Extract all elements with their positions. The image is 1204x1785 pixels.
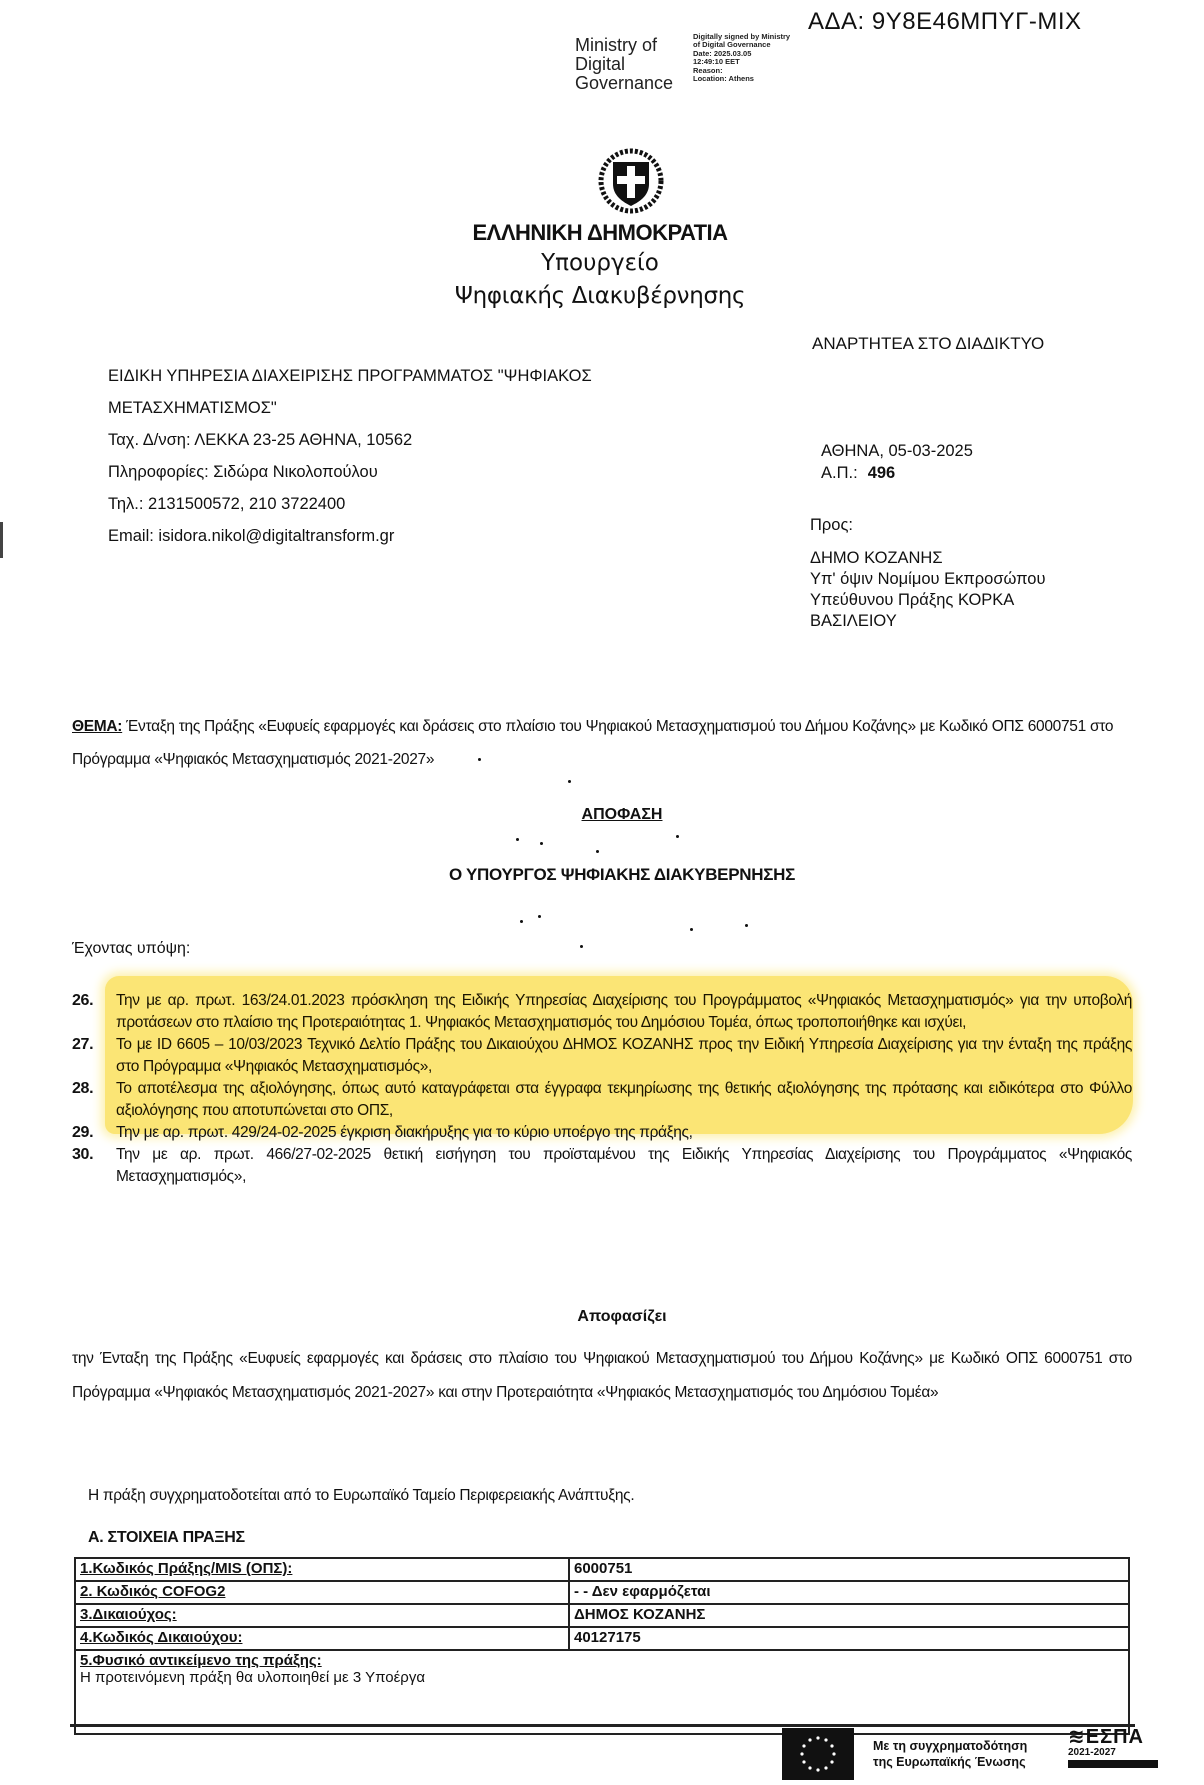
signature-meta: Digitally signed by Ministry of Digital … — [693, 33, 790, 83]
signature-ministry: Ministry of Digital Governance — [575, 36, 673, 93]
espa-title: ≋ΕΣΠΑ — [1068, 1724, 1188, 1749]
scan-dot — [538, 915, 541, 918]
recipient-block: Προς: ΔΗΜΟ ΚΟΖΑΝΗΣ Υπ' όψιν Νομίμου Εκπρ… — [810, 515, 1046, 632]
decision-heading: ΑΠΟΦΑΣΗ — [0, 806, 1204, 824]
scan-dot — [516, 838, 519, 841]
subject-label: ΘΕΜΑ: — [72, 718, 122, 735]
eu-text-line: Με τη συγχρηματοδότηση — [873, 1738, 1027, 1754]
consideration-number: 27. — [72, 1034, 116, 1078]
scan-artifact — [0, 522, 3, 558]
table-row: 5.Φυσικό αντικείμενο της πράξης: Η προτε… — [75, 1650, 1129, 1734]
protocol-number: Α.Π.:496 — [821, 462, 973, 484]
signature-meta-line: Location: Athens — [693, 75, 790, 83]
table-value: ΔΗΜΟΣ ΚΟΖΑΝΗΣ — [569, 1604, 1129, 1627]
scan-dot — [478, 758, 481, 761]
sender-line: ΜΕΤΑΣΧΗΜΑΤΙΣΜΟΣ" — [108, 392, 592, 424]
eu-text-line: της Ευρωπαϊκής Ένωσης — [873, 1754, 1027, 1770]
scan-dot — [676, 835, 679, 838]
table-label: 2. Κωδικός COFOG2 — [75, 1581, 569, 1604]
consideration-item: 27. Το με ID 6605 – 10/03/2023 Τεχνικό Δ… — [72, 1034, 1132, 1078]
scan-dot — [580, 945, 583, 948]
table-row: 4.Κωδικός Δικαιούχου: 40127175 — [75, 1627, 1129, 1650]
subject-paragraph: ΘΕΜΑ: Ένταξη της Πράξης «Ευφυείς εφαρμογ… — [72, 710, 1132, 776]
consideration-number: 29. — [72, 1122, 116, 1144]
sender-block: ΕΙΔΙΚΗ ΥΠΗΡΕΣΙΑ ΔΙΑΧΕΙΡΙΣΗΣ ΠΡΟΓΡΑΜΜΑΤΟΣ… — [108, 360, 592, 552]
recipient-label: Προς: — [810, 515, 1046, 536]
physical-object-label: 5.Φυσικό αντικείμενο της πράξης: — [80, 1652, 1124, 1669]
sender-phone: Τηλ.: 2131500572, 210 3722400 — [108, 488, 592, 520]
having-regard-label: Έχοντας υπόψη: — [72, 940, 190, 958]
consideration-number: 26. — [72, 990, 116, 1034]
post-online-notice: ΑΝΑΡΤΗΤΕΑ ΣΤΟ ΔΙΑΔΙΚΤΥΟ — [812, 334, 1044, 354]
minister-heading: Ο ΥΠΟΥΡΓΟΣ ΨΗΦΙΑΚΗΣ ΔΙΑΚΥΒΕΡΝΗΣΗΣ — [0, 865, 1204, 885]
consideration-number: 28. — [72, 1078, 116, 1122]
greek-coat-of-arms-icon — [598, 148, 664, 214]
protocol-value: 496 — [868, 464, 896, 482]
scan-dot — [540, 842, 543, 845]
consideration-text: Το με ID 6605 – 10/03/2023 Τεχνικό Δελτί… — [116, 1034, 1132, 1078]
republic-title: ΕΛΛΗΝΙΚΗ ΔΗΜΟΚΡΑΤΙΑ — [380, 220, 820, 246]
consideration-number: 30. — [72, 1144, 116, 1188]
recipient-line: ΔΗΜΟ ΚΟΖΑΝΗΣ — [810, 548, 1046, 569]
date-protocol-block: ΑΘΗΝΑ, 05-03-2025 Α.Π.:496 — [821, 440, 973, 484]
consideration-item: 26. Την με αρ. πρωτ. 163/24.01.2023 πρόσ… — [72, 990, 1132, 1034]
table-label: 4.Κωδικός Δικαιούχου: — [75, 1627, 569, 1650]
consideration-text: Την με αρ. πρωτ. 429/24-02-2025 έγκριση … — [116, 1122, 1132, 1144]
eu-flag-icon — [782, 1728, 854, 1780]
sender-address: Ταχ. Δ/νση: ΛΕΚΚΑ 23-25 ΑΘΗΝΑ, 10562 — [108, 424, 592, 456]
recipient-line: Υπ' όψιν Νομίμου Εκπροσώπου — [810, 569, 1046, 590]
table-row: 3.Δικαιούχος: ΔΗΜΟΣ ΚΟΖΑΝΗΣ — [75, 1604, 1129, 1627]
signature-ministry-line: Governance — [575, 74, 673, 93]
scan-dot — [745, 924, 748, 927]
espa-wave-icon: ≋ — [1068, 1726, 1086, 1748]
sender-contact-person: Πληροφορίες: Σιδώρα Νικολοπούλου — [108, 456, 592, 488]
consideration-text: Το αποτέλεσμα της αξιολόγησης, όπως αυτό… — [116, 1078, 1132, 1122]
scan-dot — [596, 850, 599, 853]
table-row: 1.Κωδικός Πράξης/MIS (ΟΠΣ): 6000751 — [75, 1558, 1129, 1581]
table-value: 6000751 — [569, 1558, 1129, 1581]
footer-divider — [70, 1724, 1135, 1727]
espa-title-text: ΕΣΠΑ — [1086, 1726, 1144, 1748]
espa-logo: ≋ΕΣΠΑ 2021-2027 — [1068, 1724, 1188, 1768]
table-value: - - Δεν εφαρμόζεται — [569, 1581, 1129, 1604]
ada-code: ΑΔΑ: 9Υ8Ε46ΜΠΥΓ-ΜΙΧ — [808, 8, 1082, 36]
document-date: ΑΘΗΝΑ, 05-03-2025 — [821, 440, 973, 462]
section-a-title: Α. ΣΤΟΙΧΕΙΑ ΠΡΑΞΗΣ — [88, 1529, 245, 1547]
signature-ministry-line: Digital — [575, 55, 673, 74]
consideration-text: Την με αρ. πρωτ. 163/24.01.2023 πρόσκλησ… — [116, 990, 1132, 1034]
recipient-line: ΒΑΣΙΛΕΙΟΥ — [810, 611, 1046, 632]
sender-email[interactable]: Email: isidora.nikol@digitaltransform.gr — [108, 520, 592, 552]
decides-heading: Αποφασίζει — [0, 1308, 1204, 1326]
signature-ministry-line: Ministry of — [575, 36, 673, 55]
project-details-table: 1.Κωδικός Πράξης/MIS (ΟΠΣ): 6000751 2. Κ… — [74, 1557, 1130, 1735]
recipient-line: Υπεύθυνου Πράξης ΚΟΡΚΑ — [810, 590, 1046, 611]
table-row: 2. Κωδικός COFOG2 - - Δεν εφαρμόζεται — [75, 1581, 1129, 1604]
cofunding-note: Η πράξη συγχρηματοδοτείται από το Ευρωπα… — [88, 1487, 634, 1505]
considerations-list: 26. Την με αρ. πρωτ. 163/24.01.2023 πρόσ… — [72, 990, 1132, 1188]
sender-line: ΕΙΔΙΚΗ ΥΠΗΡΕΣΙΑ ΔΙΑΧΕΙΡΙΣΗΣ ΠΡΟΓΡΑΜΜΑΤΟΣ… — [108, 360, 592, 392]
espa-bar — [1068, 1760, 1158, 1768]
ministry-title-line2: Ψηφιακής Διακυβέρνησης — [380, 283, 820, 309]
consideration-item: 29. Την με αρ. πρωτ. 429/24-02-2025 έγκρ… — [72, 1122, 1132, 1144]
scan-dot — [690, 928, 693, 931]
table-label: 3.Δικαιούχος: — [75, 1604, 569, 1627]
scan-dot — [568, 780, 571, 783]
physical-object-cell: 5.Φυσικό αντικείμενο της πράξης: Η προτε… — [75, 1650, 1129, 1734]
subject-text: Ένταξη της Πράξης «Ευφυείς εφαρμογές και… — [72, 718, 1113, 768]
table-value: 40127175 — [569, 1627, 1129, 1650]
table-label: 1.Κωδικός Πράξης/MIS (ΟΠΣ): — [75, 1558, 569, 1581]
physical-object-text: Η προτεινόμενη πράξη θα υλοποιηθεί με 3 … — [80, 1669, 1124, 1686]
consideration-text: Την με αρ. πρωτ. 466/27-02-2025 θετική ε… — [116, 1144, 1132, 1188]
ministry-title-line1: Υπουργείο — [380, 250, 820, 276]
eu-cofunding-text: Με τη συγχρηματοδότηση της Ευρωπαϊκής Έν… — [873, 1738, 1027, 1770]
decision-paragraph: την Ένταξη της Πράξης «Ευφυείς εφαρμογές… — [72, 1342, 1132, 1410]
scan-dot — [520, 920, 523, 923]
consideration-item: 30. Την με αρ. πρωτ. 466/27-02-2025 θετι… — [72, 1144, 1132, 1188]
protocol-label: Α.Π.: — [821, 464, 858, 482]
consideration-item: 28. Το αποτέλεσμα της αξιολόγησης, όπως … — [72, 1078, 1132, 1122]
